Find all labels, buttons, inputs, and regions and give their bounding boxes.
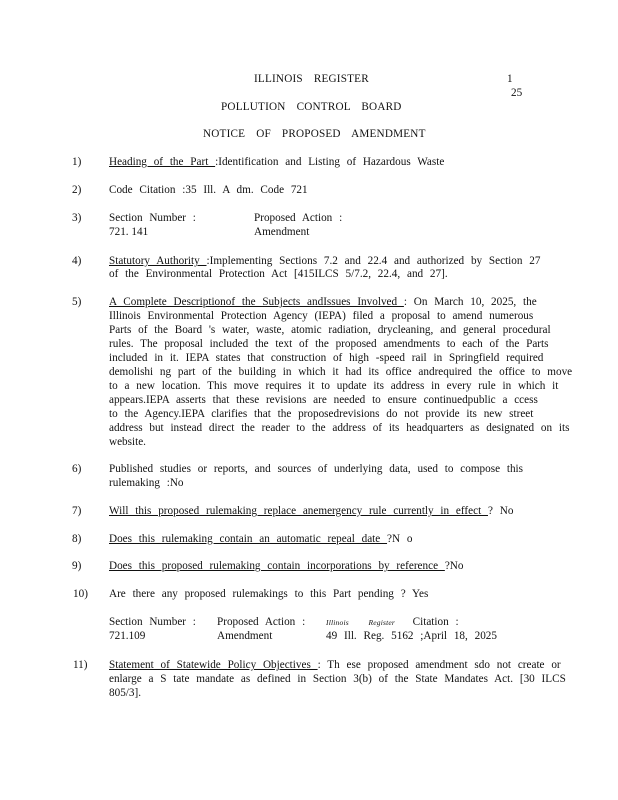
item-description-line: to a new location. This move requires it… <box>109 380 558 394</box>
item-statewide-policy-line3: 805/3]. <box>109 687 141 701</box>
item-description-line: Parts of the Board 's water, waste, atom… <box>109 324 551 338</box>
item-description-line: to the Agency.IEPA clarifies that the pr… <box>109 408 533 422</box>
item-published-studies-line2: rulemaking :No <box>109 477 184 491</box>
item-description-line: included in it. IEPA states that constru… <box>109 352 543 366</box>
page-number-line2: 25 <box>511 87 522 101</box>
item-label: Will this proposed rulemaking replace an… <box>109 505 488 517</box>
item-number: 9) <box>72 560 81 574</box>
item-number: 3) <box>72 212 81 226</box>
proposed-action-label: Proposed Action : <box>217 616 305 630</box>
item-published-studies-line1: Published studies or reports, and source… <box>109 463 523 477</box>
item-number: 11) <box>73 659 88 673</box>
item-description-line: demolishi ng part of the building in whi… <box>109 366 572 380</box>
section-number-value: 721.109 <box>109 630 145 644</box>
item-description-line: appears.IEPA asserts that these revision… <box>109 394 538 408</box>
item-number: 8) <box>72 533 81 547</box>
proposed-action-label: Proposed Action : <box>254 212 342 226</box>
citation-illinois-italic: Illinois <box>326 618 349 627</box>
item-number: 7) <box>72 505 81 519</box>
item-number: 6) <box>72 463 81 477</box>
item-emergency-rule: Will this proposed rulemaking replace an… <box>109 505 513 519</box>
item-number: 1) <box>72 156 81 170</box>
item-label: Heading of the Part <box>109 156 215 168</box>
citation-label: Citation : <box>413 616 459 628</box>
item-answer: ?No <box>445 560 464 572</box>
document-page: ILLINOIS REGISTER 1 25 POLLUTION CONTROL… <box>0 0 618 800</box>
section-number-value: 721. 141 <box>109 226 148 240</box>
item-description-line: Illinois Environmental Protection Agency… <box>109 310 533 324</box>
item-number: 2) <box>72 184 81 198</box>
section-number-label: Section Number : <box>109 212 196 226</box>
item-text: :Identification and Listing of Hazardous… <box>215 156 444 168</box>
section-number-label: Section Number : <box>109 616 196 630</box>
item-number: 5) <box>72 296 81 310</box>
item-label: Statutory Authority <box>109 255 207 267</box>
item-statewide-policy-line2: enlarge a S tate mandate as defined in S… <box>109 673 566 687</box>
item-number: 10) <box>73 588 88 602</box>
item-label: A Complete Descriptionof the Subjects an… <box>109 296 404 308</box>
item-description-line: website. <box>109 436 146 450</box>
page-number-line1: 1 <box>507 73 513 87</box>
board-title: POLLUTION CONTROL BOARD <box>221 101 402 115</box>
item-text: :Implementing Sections 7.2 and 22.4 and … <box>207 255 541 267</box>
item-heading-of-part: Heading of the Part :Identification and … <box>109 156 444 170</box>
item-label: Does this rulemaking contain an automati… <box>109 533 387 545</box>
register-citation-label: Illinois Register Citation : <box>326 616 459 630</box>
item-code-citation: Code Citation :35 Ill. A dm. Code 721 <box>109 184 308 198</box>
item-description-line: address but instead direct the reader to… <box>109 422 569 436</box>
item-text: : On March 10, 2025, the <box>404 296 537 308</box>
item-repeal-date: Does this rulemaking contain an automati… <box>109 533 412 547</box>
item-number: 4) <box>72 255 81 269</box>
item-pending-rulemakings: Are there any proposed rulemakings to th… <box>109 588 428 602</box>
item-description-line1: A Complete Descriptionof the Subjects an… <box>109 296 537 310</box>
item-answer: ? No <box>488 505 513 517</box>
item-label: Statement of Statewide Policy Objectives <box>109 659 318 671</box>
item-statutory-authority-line2: of the Environmental Protection Act [415… <box>109 268 448 282</box>
notice-title: NOTICE OF PROPOSED AMENDMENT <box>203 128 426 142</box>
item-description-line: rules. The proposal included the text of… <box>109 338 548 352</box>
register-title: ILLINOIS REGISTER <box>254 73 369 87</box>
proposed-action-value: Amendment <box>217 630 272 644</box>
item-statutory-authority-line1: Statutory Authority :Implementing Sectio… <box>109 255 540 269</box>
citation-register-italic: Register <box>368 618 395 627</box>
item-incorporations: Does this proposed rulemaking contain in… <box>109 560 463 574</box>
proposed-action-value: Amendment <box>254 226 309 240</box>
citation-value: 49 Ill. Reg. 5162 ;April 18, 2025 <box>326 630 497 644</box>
item-label: Does this proposed rulemaking contain in… <box>109 560 445 572</box>
item-statewide-policy-line1: Statement of Statewide Policy Objectives… <box>109 659 561 673</box>
item-text: : Th ese proposed amendment sdo not crea… <box>318 659 561 671</box>
item-answer: ?N o <box>387 533 412 545</box>
